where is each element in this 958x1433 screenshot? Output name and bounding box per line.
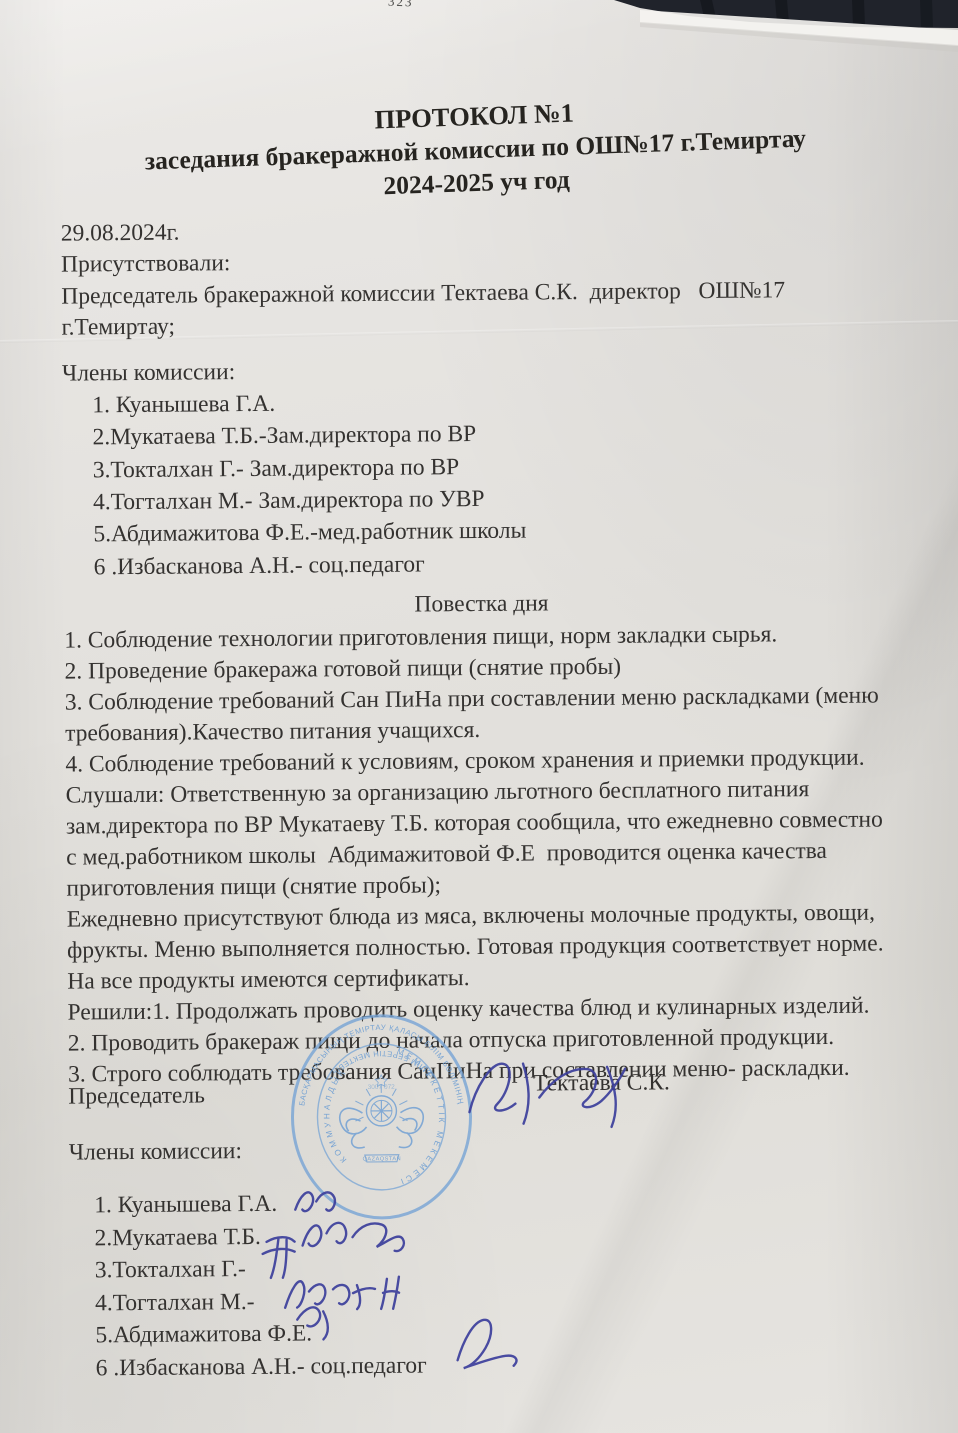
photographed-document: 323 ПРОТОКОЛ №1 заседания бракеражной ко… [0,0,958,1433]
agenda-list: 1. Соблюдение технологии приготовления п… [64,619,900,781]
signature-kuanysheva [295,1192,335,1211]
signature-toktalkhan-g [263,1237,295,1278]
agenda-title: Повестка дня [64,585,899,624]
signature-abdimazhitova [297,1307,328,1339]
protocol-document: ПРОТОКОЛ №1 заседания бракеражной комисс… [0,0,958,1433]
signature-mukataeva [302,1222,404,1252]
members-list: 1. Куанышева Г.А. 2.Мукатаева Т.Б.-Зам.д… [62,382,899,583]
signature-izbaskanova [457,1320,516,1369]
document-title: ПРОТОКОЛ №1 заседания бракеражной комисс… [0,0,956,216]
handwritten-signatures [203,1038,726,1403]
chairman-signature-label: Председатель [68,1080,205,1113]
member-item: 6 .Избасканова А.Н.- соц.педагог [94,544,899,583]
heard-paragraph: Слушали: Ответственную за организацию ль… [66,774,903,998]
signature-chairman [469,1063,626,1128]
signature-togtalkhan-m [285,1277,399,1310]
document-body: 29.08.2024г. Присутствовали: Председател… [0,195,958,1092]
